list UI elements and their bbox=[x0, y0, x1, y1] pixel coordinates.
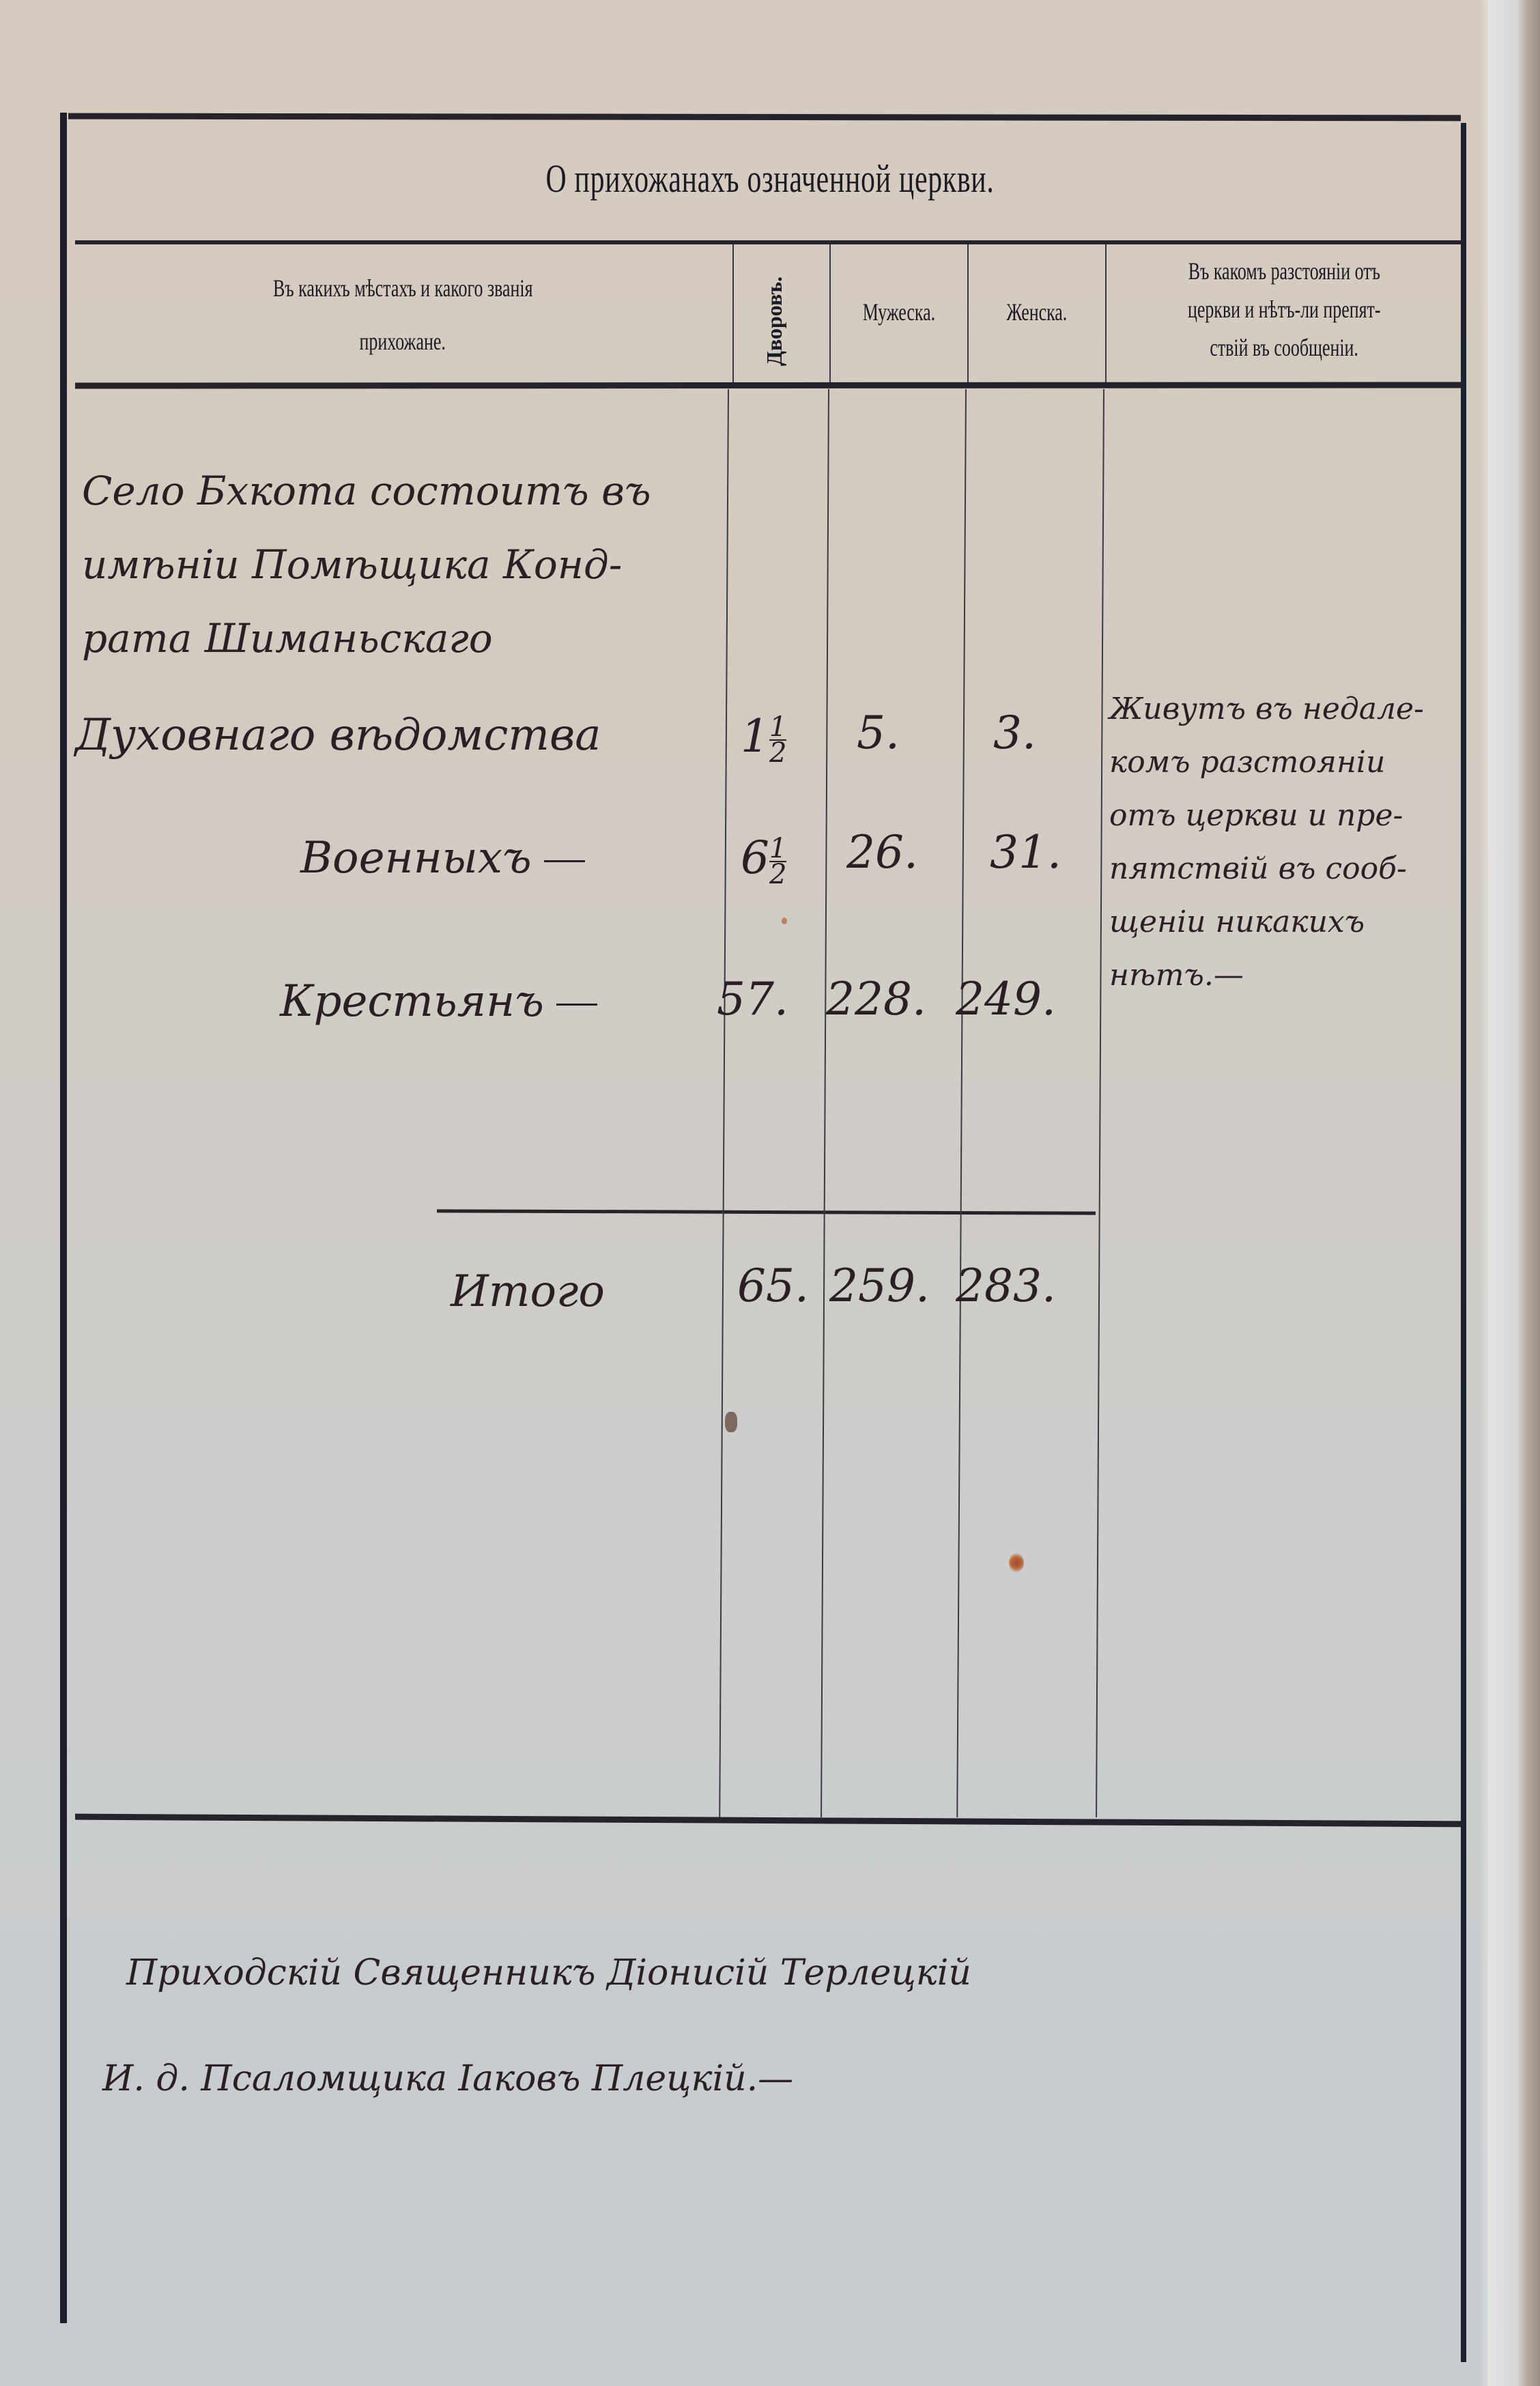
totals-separator-rule bbox=[437, 1209, 1096, 1215]
village-intro: Село Бхкота состоитъ въ имѣніи Помѣщика … bbox=[82, 454, 651, 675]
total-male: 259. bbox=[829, 1260, 930, 1312]
row-peasants-households: 57. bbox=[717, 973, 788, 1025]
header-female: Женска. bbox=[969, 294, 1105, 332]
row-clergy-male: 5. bbox=[857, 707, 900, 759]
title-bottom-rule bbox=[75, 240, 1461, 244]
table-bottom-rule bbox=[75, 1814, 1461, 1828]
col-line-distance-left-body bbox=[1096, 389, 1104, 1817]
ink-blot bbox=[725, 1412, 737, 1432]
village-intro-line2: имѣніи Помѣщика Конд- bbox=[82, 528, 651, 601]
distance-remark: Живутъ въ недале- комъ разстояніи отъ це… bbox=[1109, 683, 1424, 1002]
col-line-female-left-body bbox=[956, 389, 967, 1817]
rust-spot bbox=[1009, 1553, 1024, 1572]
header-distance-line1: Въ какомъ разстояніи отъ bbox=[1188, 253, 1380, 291]
header-distance-line3: ствій въ сообщеніи. bbox=[1210, 329, 1358, 367]
distance-remark-line2: комъ разстояніи bbox=[1109, 736, 1424, 789]
row-military-male: 26. bbox=[846, 826, 918, 879]
header-male-label: Мужеска. bbox=[863, 294, 935, 332]
header-place-rank: Въ какихъ мѣстахъ и какого званія прихож… bbox=[75, 270, 730, 361]
distance-remark-line4: пятствій въ сооб- bbox=[1109, 842, 1424, 896]
total-label: Итого bbox=[451, 1266, 605, 1317]
dash bbox=[556, 1004, 597, 1006]
header-bottom-rule bbox=[75, 382, 1461, 388]
dash bbox=[544, 860, 585, 862]
total-households: 65. bbox=[737, 1260, 809, 1312]
distance-remark-line3: отъ церкви и пре- bbox=[1109, 789, 1424, 842]
row-clergy-female: 3. bbox=[993, 707, 1036, 759]
row-military-label: Военныхъ bbox=[300, 833, 585, 883]
header-distance: Въ какомъ разстояніи отъ церкви и нѣтъ-л… bbox=[1107, 253, 1461, 367]
ink-speck bbox=[782, 918, 787, 924]
fraction: 12 bbox=[769, 715, 786, 765]
header-place-rank-line2: прихожане. bbox=[360, 323, 446, 361]
distance-remark-line6: нѣтъ.— bbox=[1109, 949, 1424, 1002]
distance-remark-line5: щеніи никакихъ bbox=[1109, 896, 1424, 949]
row-peasants-male: 228. bbox=[826, 973, 926, 1025]
row-peasants-female: 249. bbox=[956, 973, 1056, 1025]
page-title: О прихожанахъ означенной церкви. bbox=[216, 156, 1324, 201]
col-line-male-left-body bbox=[821, 389, 829, 1817]
header-place-rank-line1: Въ какихъ мѣстахъ и какого званія bbox=[273, 270, 533, 308]
row-peasants-label: Крестьянъ bbox=[280, 976, 597, 1027]
header-distance-line2: церкви и нѣтъ-ли препят- bbox=[1188, 291, 1381, 329]
row-clergy-households: 112 bbox=[741, 710, 786, 765]
row-military-households: 612 bbox=[741, 832, 786, 887]
header-female-label: Женска. bbox=[1007, 294, 1068, 332]
header-male: Мужеска. bbox=[831, 294, 967, 332]
row-clergy-label: Духовнаго вѣдомства bbox=[75, 710, 601, 761]
psalmist-signature: И. д. Псаломщика Іаковъ Плецкій.— bbox=[102, 2058, 793, 2099]
village-intro-line1: Село Бхкота состоитъ въ bbox=[82, 454, 651, 528]
distance-remark-line1: Живутъ въ недале- bbox=[1109, 683, 1424, 736]
row-military-female: 31. bbox=[990, 826, 1061, 879]
frame-left-border bbox=[60, 113, 67, 2323]
total-female: 283. bbox=[956, 1260, 1056, 1312]
page-edge bbox=[1488, 0, 1540, 2386]
village-intro-line3: рата Шиманьскаго bbox=[82, 601, 651, 675]
frame-right-border bbox=[1461, 123, 1466, 2362]
top-rule bbox=[68, 113, 1461, 122]
header-households: Дворовъ. bbox=[751, 259, 799, 382]
col-line-households-left-body bbox=[719, 389, 729, 1817]
header-households-label: Дворовъ. bbox=[762, 276, 788, 365]
fraction: 12 bbox=[769, 836, 786, 887]
col-line-households-left bbox=[732, 244, 734, 382]
priest-signature: Приходскій Священникъ Діонисій Терлецкій bbox=[126, 1952, 971, 1993]
